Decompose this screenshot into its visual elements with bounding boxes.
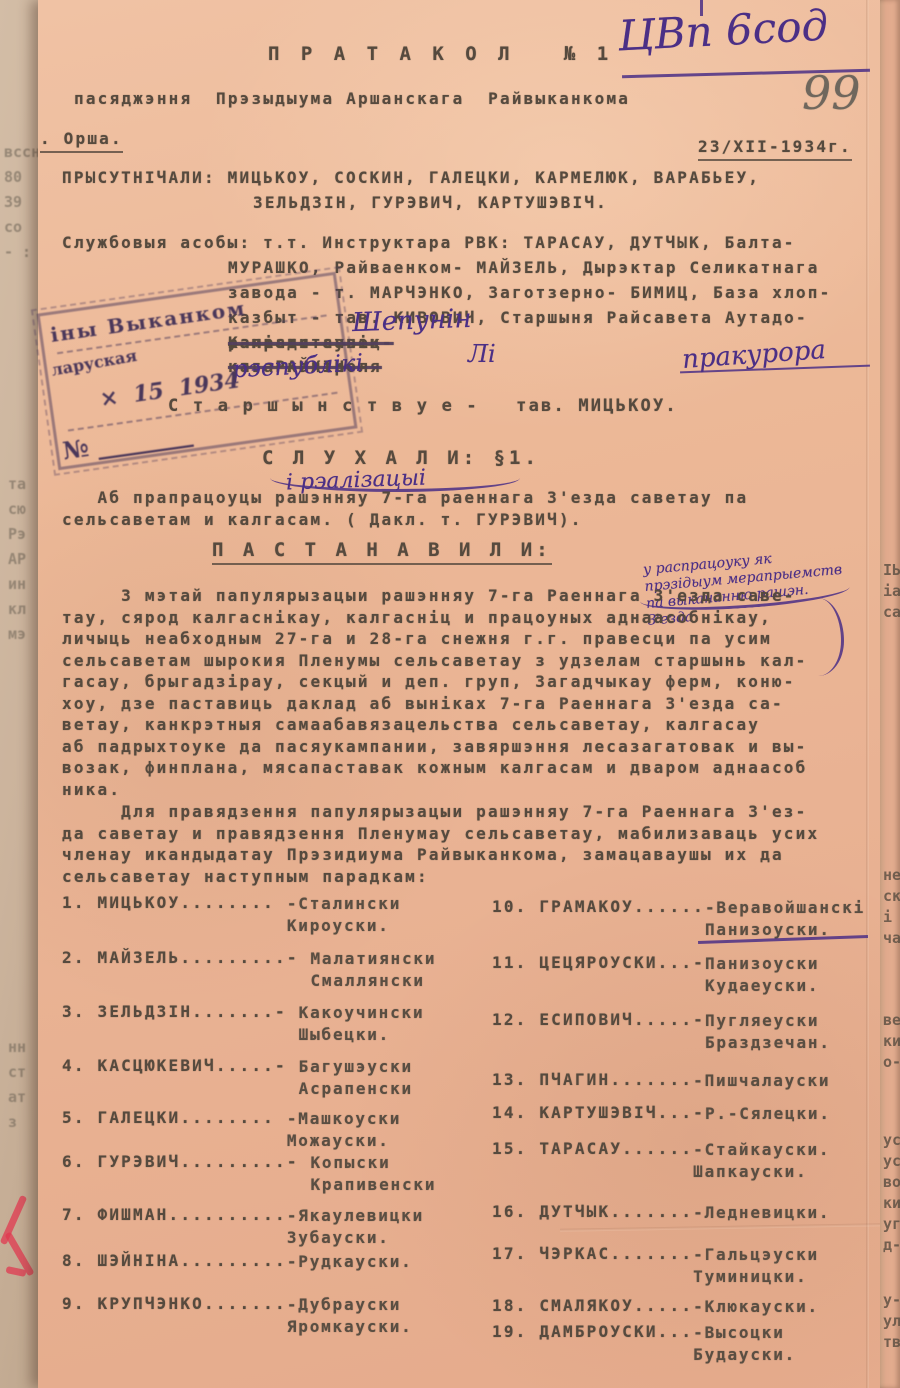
page-number: 99: [802, 66, 861, 120]
underlying-page-edge: ІЬ іа са не ск- і час веш ки. о- уск уск…: [880, 0, 900, 1388]
assignee: 19. ДАМБРОУСКИ...: [492, 1322, 693, 1341]
edge-text-fragment: у- ул тва: [883, 1290, 900, 1353]
bleed-through-text: нн ст ат з: [8, 1035, 26, 1135]
assignee: 4. КАСЦЮКЕВИЧ.....-: [62, 1056, 299, 1075]
assignee: 8. ШЭЙНІНА.........: [62, 1251, 287, 1270]
assigned-places: -Дубрауски Яромкауски.: [287, 1294, 413, 1337]
assigned-places: Малатиянски Смаллянски: [311, 948, 437, 991]
assignee: 10. ГРАМАКОУ......: [492, 897, 705, 916]
page-crease: [866, 0, 869, 1388]
assignment-row: 11. ЦЕЦЯРОУСКИ...-Панизоуски Кудаеуски.: [492, 953, 819, 996]
assignee: 6. ГУРЭВИЧ.........-: [62, 1152, 311, 1171]
assignment-row: 12. ЕСИПОВИЧ.....-Пугляеуски Браздзечан.: [492, 1010, 831, 1053]
resolution-paragraph-1: З мэтай папулярызацыи рашэнняу 7-га Раен…: [62, 585, 807, 800]
attendees-line-2: ЗЕЛЬДЗІН, ГУРЭВИЧ, КАРТУШЭВІЧ.: [253, 192, 608, 214]
handwritten-name: Шепунін: [352, 304, 472, 338]
edge-text-fragment: веш ки. о-: [883, 1010, 900, 1073]
assignment-row: 9. КРУПЧЭНКО.......-Дубрауски Яромкауски…: [62, 1294, 413, 1337]
assignment-row: 8. ШЭЙНІНА.........-Рудкауски.: [62, 1251, 413, 1273]
resolution-paragraph-2: Для правядзення папулярызацыи рашэнняу 7…: [62, 801, 819, 887]
assignee: 15. ТАРАСАУ......: [492, 1139, 693, 1158]
heard-paragraph: Аб прапрацоуцы рашэнняу 7-га раеннага З'…: [62, 487, 748, 530]
edge-text-fragment: не ск- і час: [883, 865, 900, 949]
assignee: 17. ЧЭРКАС.......: [492, 1244, 693, 1263]
assignee: 14. КАРТУШЭВІЧ...-: [492, 1103, 705, 1122]
page-title: П Р А Т А К О Л № 1: [268, 44, 613, 66]
bleed-through-text: вссн 80 39 со - :: [4, 140, 40, 265]
assigned-places: -Пишчалауски: [693, 1070, 830, 1092]
assignee: 13. ПЧАГИН.......: [492, 1070, 693, 1089]
assignment-row: 7. ФИШМАН..........-Якаулевицки Зубауски…: [62, 1205, 424, 1248]
assigned-places: -Машкоуски Можауски.: [287, 1108, 401, 1151]
assignment-row: 18. СМАЛЯКОУ.....-Клюкауски.: [492, 1296, 819, 1318]
assigned-places: -Высоцки Будауски.: [693, 1322, 796, 1365]
assignment-row: 3. ЗЕЛЬДЗІН.......- Какоучински Шыбецки.: [62, 1002, 424, 1045]
assignment-row: 13. ПЧАГИН.......-Пишчалауски: [492, 1070, 830, 1092]
handwritten-correction: Лі: [468, 340, 496, 368]
assignment-row: 15. ТАРАСАУ......-Стайкауски. Шапкауски.: [492, 1139, 830, 1182]
assignee: 1. МИЦЬКОУ........: [62, 893, 287, 912]
assignment-row: 10. ГРАМАКОУ......-Веравойшанскі Панизоу…: [492, 897, 865, 940]
assigned-places: -Веравойшанскі Панизоуски.: [705, 897, 865, 940]
assigned-places: Копыски Крапивенски: [311, 1152, 437, 1195]
assigned-places: -Клюкауски.: [693, 1296, 819, 1318]
attendees-line-1: ПРЫСУТНІЧАЛИ: МИЦЬКОУ, СОСКИН, ГАЛЕЦКИ, …: [62, 167, 760, 189]
assigned-places: Р.-Сялецки.: [705, 1103, 831, 1125]
assigned-places: -Стайкауски. Шапкауски.: [693, 1139, 830, 1182]
assignment-row: 19. ДАМБРОУСКИ...-Высоцки Будауски.: [492, 1322, 796, 1365]
assignee: 12. ЕСИПОВИЧ.....-: [492, 1010, 705, 1029]
assignment-row: 14. КАРТУШЭВІЧ...-Р.-Сялецки.: [492, 1103, 831, 1125]
red-pencil-mark: [4, 1190, 34, 1290]
resolved-heading-text: П А С Т А Н А В И Л И:: [212, 540, 552, 565]
bleed-through-text: та сю Рэ АР ин кл мэ: [8, 472, 26, 647]
assignee: 7. ФИШМАН..........: [62, 1205, 287, 1224]
assigned-places: -Сталински Кироуски.: [287, 893, 401, 936]
assignment-row: 4. КАСЦЮКЕВИЧ.....- Багушэуски Асрапенск…: [62, 1056, 413, 1099]
assignment-row: 5. ГАЛЕЦКИ........ -Машкоуски Можауски.: [62, 1108, 401, 1151]
assigned-places: Багушэуски Асрапенски: [299, 1056, 413, 1099]
assigned-places: -Гальцэуски Туминицки.: [693, 1244, 819, 1287]
assignment-row: 1. МИЦЬКОУ........ -Сталински Кироуски.: [62, 893, 401, 936]
ink-curve: [270, 452, 520, 492]
assigned-places: -Рудкауски.: [287, 1251, 413, 1273]
assigned-places: -Ледневицки.: [693, 1202, 830, 1224]
assigned-places: -Якаулевицки Зубауски.: [287, 1205, 424, 1248]
assignment-row: 16. ДУТЧЫК.......-Ледневицки.: [492, 1202, 830, 1224]
document-subtitle: пасяджэння Прэзыдыума Аршанскага Райвыка…: [74, 88, 630, 110]
assignee: 16. ДУТЧЫК.......: [492, 1202, 693, 1221]
assignment-row: 6. ГУРЭВИЧ.........- Копыски Крапивенски: [62, 1152, 436, 1195]
assigned-places: Панизоуски Кудаеуски.: [705, 953, 819, 996]
assignee: 18. СМАЛЯКОУ.....: [492, 1296, 693, 1315]
assignee: 5. ГАЛЕЦКИ........: [62, 1108, 287, 1127]
edge-text-fragment: уск уск вой ки, уг- д-: [883, 1130, 900, 1256]
assigned-places: Какоучински Шыбецки.: [299, 1002, 425, 1045]
chairman-line: С т а р ш ы н с т в у е - тав. МИЦЬКОУ.: [168, 396, 678, 418]
assignment-row: 2. МАЙЗЕЛЬ.........- Малатиянски Смаллян…: [62, 948, 436, 991]
edge-text-fragment: ІЬ іа са: [883, 560, 900, 623]
document-scan: вссн 80 39 со - : та сю Рэ АР ин кл мэ н…: [0, 0, 900, 1388]
assignee: 2. МАЙЗЕЛЬ.........-: [62, 948, 311, 967]
assigned-places: Пугляеуски Браздзечан.: [705, 1010, 831, 1053]
assignee: 9. КРУПЧЭНКО.......: [62, 1294, 287, 1313]
assignment-row: 17. ЧЭРКАС.......-Гальцэуски Туминицки.: [492, 1244, 819, 1287]
date-value: 23/XII-1934г.: [698, 136, 852, 161]
officials-line-1: Службовыя асобы: т.т. Инструктара РВК: Т…: [62, 232, 796, 254]
place-name: . Орша.: [40, 128, 123, 153]
assignee: 11. ЦЕЦЯРОУСКИ...-: [492, 953, 705, 972]
assignee: 3. ЗЕЛЬДЗІН.......-: [62, 1002, 299, 1021]
ink-mark: [700, 0, 703, 16]
